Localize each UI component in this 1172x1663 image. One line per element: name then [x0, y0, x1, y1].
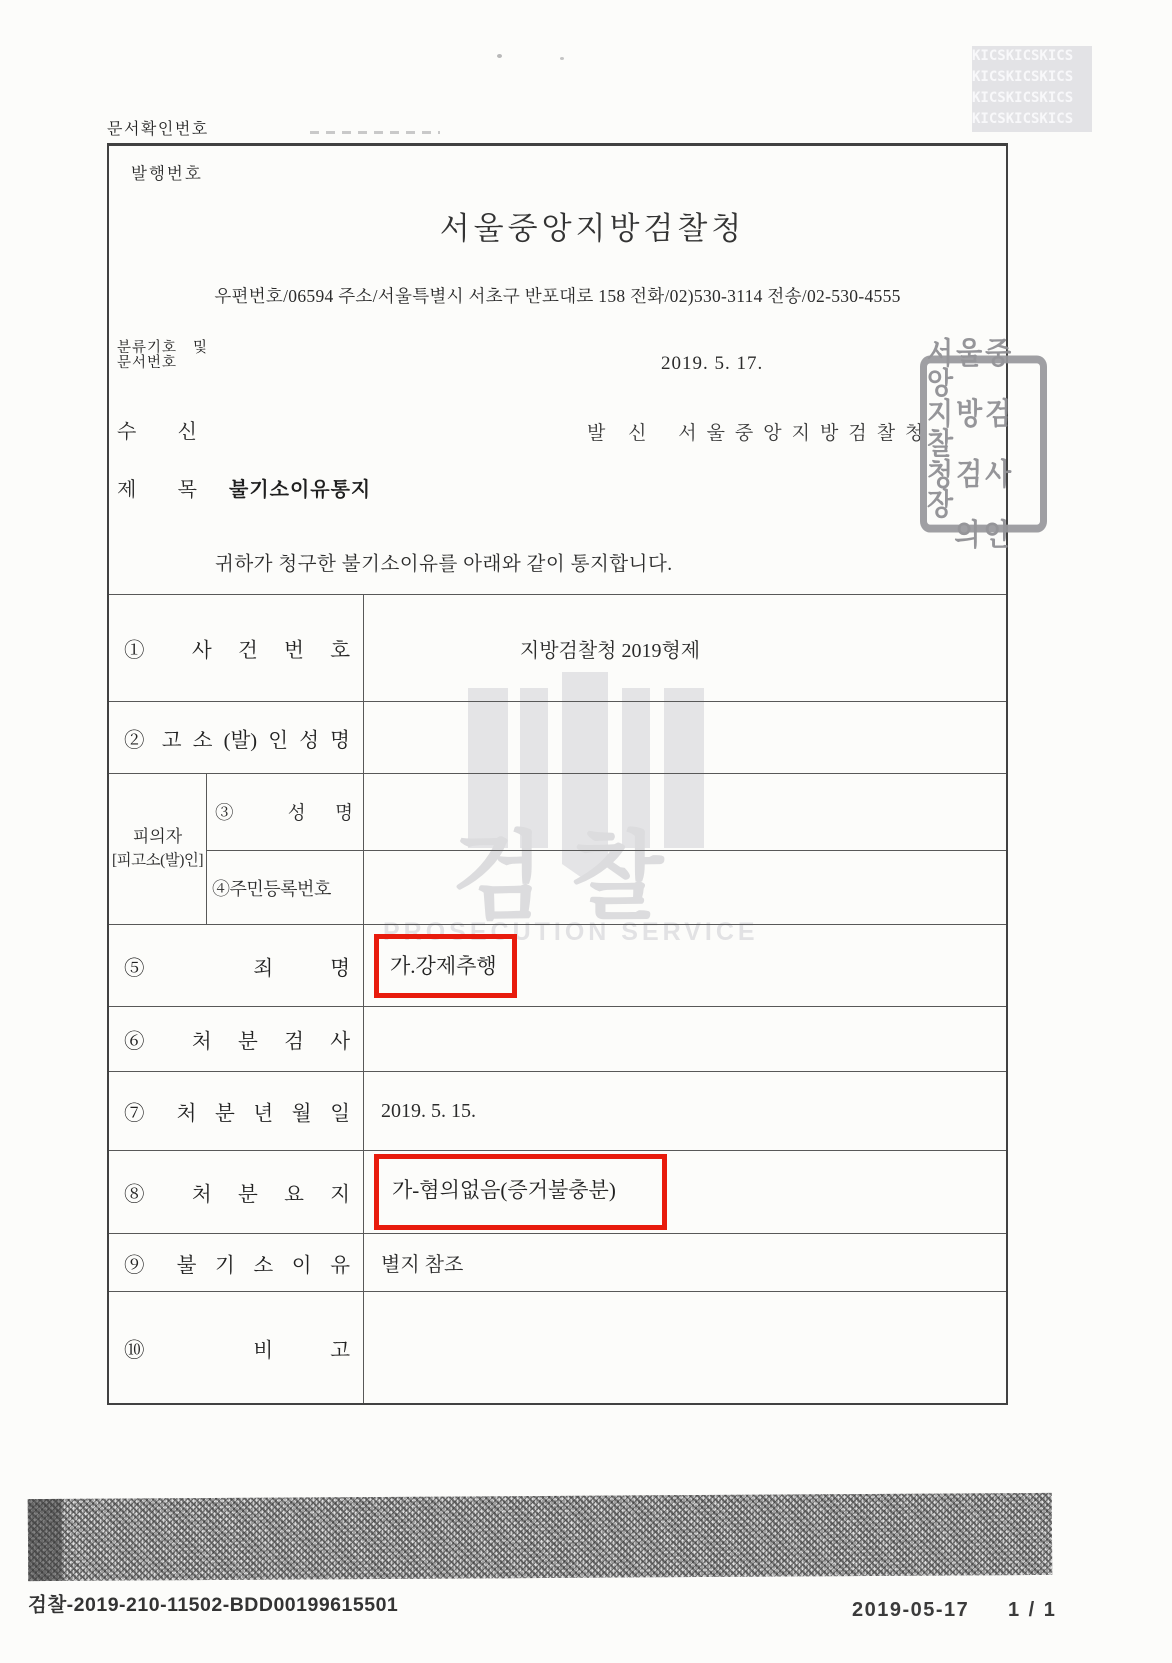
row-label: ⑥ 처 분 검 사 — [109, 1007, 364, 1071]
row-value — [364, 774, 1006, 850]
row-value: 가.강제추행 — [364, 925, 1006, 1006]
address-line: 우편번호/06594 주소/서울특별시 서초구 반포대로 158 전화/02)5… — [109, 283, 1006, 308]
case-table: ① 사 건 번 호 지방검찰청 2019형제 ② 고 소 (발) 인 성 명 피… — [109, 594, 1006, 1403]
page-indicator: 1 / 1 — [1008, 1599, 1057, 1622]
row-value: 2019. 5. 15. — [364, 1072, 1006, 1150]
class-code-label: 분류기호 — [117, 340, 177, 356]
row-label: ④주민등록번호 — [207, 851, 364, 924]
row-label: ⑦ 처 분 년 월 일 — [109, 1072, 364, 1150]
highlight-box: 가.강제추행 — [374, 934, 517, 998]
table-row: ② 고 소 (발) 인 성 명 — [109, 702, 1006, 774]
subject-label: 제 목 — [117, 473, 197, 502]
row-value — [364, 702, 1006, 773]
intro-sentence: 귀하가 청구한 불기소이유를 아래와 같이 통지합니다. — [215, 548, 673, 576]
row-label: ⑤ 죄 명 — [109, 925, 364, 1006]
recipient-label-text: 수 신 — [117, 415, 197, 444]
seal-row: 서울중앙 — [927, 338, 1040, 398]
kics-row: KICSKICSKICS — [972, 88, 1092, 109]
table-row: ③ 성 명 — [207, 774, 1006, 851]
table-row: ① 사 건 번 호 지방검찰청 2019형제 — [109, 595, 1006, 702]
table-row: ④주민등록번호 — [207, 851, 1006, 924]
sender-label: 발 신 — [587, 423, 655, 444]
kics-watermark: KICSKICSKICS KICSKICSKICS KICSKICSKICS K… — [972, 46, 1092, 132]
table-row: ⑥ 처 분 검 사 — [109, 1007, 1006, 1072]
kics-row: KICSKICSKICS — [972, 67, 1092, 88]
table-row: ⑧ 처 분 요 지 가-혐의없음(증거불충분) — [109, 1151, 1006, 1234]
sender-line: 발 신 서울중앙지방검찰청 — [587, 418, 933, 445]
issue-number-label: 발행번호 — [131, 160, 203, 184]
row-value: 가-혐의없음(증거불충분) — [364, 1151, 1006, 1233]
subject-value: 불기소이유통지 — [229, 473, 371, 502]
row-label: ③ 성 명 — [207, 774, 364, 850]
row-value — [364, 851, 1006, 924]
charge-value: 가.강제추행 — [390, 950, 497, 980]
suspect-label-line2: [피고소(발)인] — [112, 849, 203, 873]
table-row: ⑩ 비 고 — [109, 1292, 1006, 1403]
suspect-group-label: 피의자 [피고소(발)인] — [109, 774, 207, 924]
seal-row: 지방검찰 — [927, 399, 1040, 459]
table-row-group: 피의자 [피고소(발)인] ③ 성 명 ④주민등록번호 — [109, 774, 1006, 925]
scan-artifact — [560, 57, 564, 60]
table-row: ⑤ 죄 명 가.강제추행 — [109, 925, 1006, 1007]
barcode-strip — [28, 1493, 1052, 1581]
official-seal: 서울중앙 지방검찰 청검사장 의인 — [920, 356, 1047, 533]
and-label: 및 — [193, 340, 208, 356]
row-value — [364, 1007, 1006, 1071]
suspect-label-line1: 피의자 — [133, 825, 182, 849]
subject-line: 제 목 불기소이유통지 — [117, 473, 371, 502]
row-label: ① 사 건 번 호 — [109, 595, 364, 701]
office-title: 서울중앙지방검찰청 — [109, 203, 1006, 248]
seal-row: 청검사장 — [927, 459, 1040, 519]
row-label: ⑩ 비 고 — [109, 1292, 364, 1403]
print-date: 2019-05-17 — [852, 1599, 969, 1622]
classification-block: 분류기호및 문서번호 — [117, 341, 208, 371]
document-page: KICSKICSKICS KICSKICSKICS KICSKICSKICS K… — [0, 0, 1172, 1663]
table-row: ⑨ 불 기 소 이 유 별지 참조 — [109, 1234, 1006, 1292]
kics-row: KICSKICSKICS — [972, 109, 1092, 130]
highlight-box: 가-혐의없음(증거불충분) — [374, 1154, 667, 1230]
row-value — [364, 1292, 1006, 1403]
row-label: ② 고 소 (발) 인 성 명 — [109, 702, 364, 773]
document-date: 2019. 5. 17. — [661, 353, 763, 375]
row-label: ⑨ 불 기 소 이 유 — [109, 1234, 364, 1291]
disposition-value: 가-혐의없음(증거불충분) — [392, 1174, 616, 1204]
recipient-label: 수 신 — [117, 415, 197, 444]
doc-number-label: 문서번호 — [117, 356, 208, 371]
table-row: ⑦ 처 분 년 월 일 2019. 5. 15. — [109, 1072, 1006, 1151]
document-border-box: 발행번호 서울중앙지방검찰청 우편번호/06594 주소/서울특별시 서초구 반… — [107, 143, 1008, 1405]
row-value: 지방검찰청 2019형제 — [364, 595, 1006, 701]
scan-artifact — [310, 131, 440, 134]
row-value: 별지 참조 — [364, 1234, 1006, 1291]
seal-row: 의인 — [954, 520, 1012, 550]
kics-row: KICSKICSKICS — [972, 46, 1092, 67]
document-code: 검찰-2019-210-11502-BDD00199615501 — [28, 1589, 398, 1617]
doc-confirm-number-label: 문서확인번호 — [107, 116, 209, 139]
scan-artifact — [497, 54, 502, 58]
row-label: ⑧ 처 분 요 지 — [109, 1151, 364, 1233]
sender-value: 서울중앙지방검찰청 — [678, 423, 933, 444]
